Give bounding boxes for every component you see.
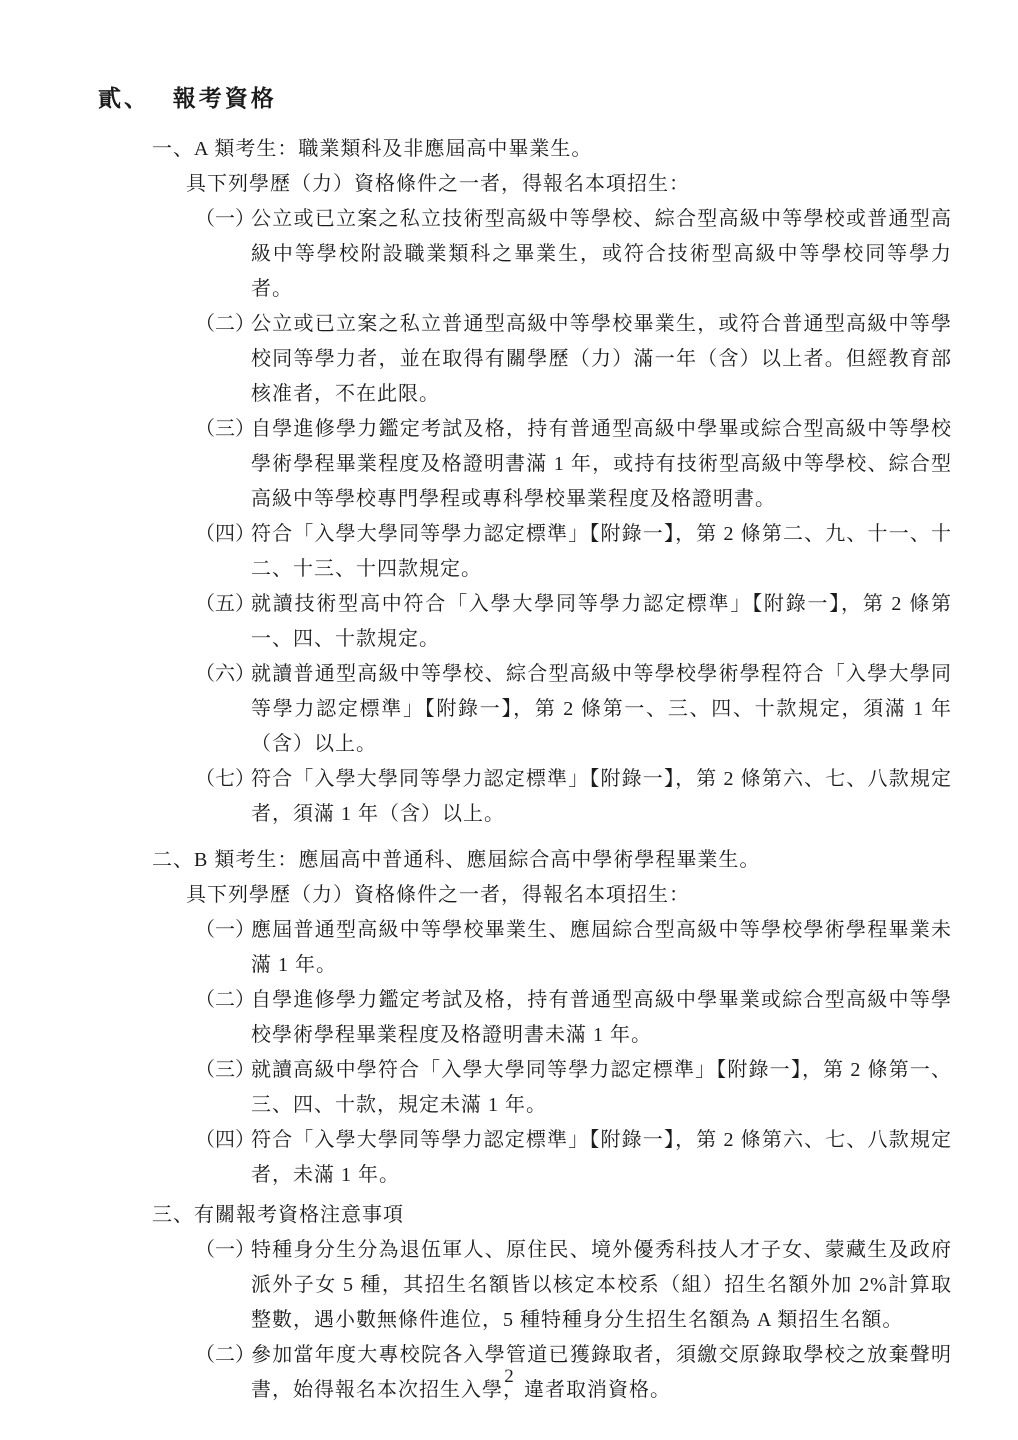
item-label: （六） — [195, 657, 251, 762]
item-label: （五） — [195, 587, 251, 657]
item-text: 自學進修學力鑑定考試及格，持有普通型高級中學畢或綜合型高級中等學校學術學程畢業程… — [251, 412, 952, 517]
list-item: （七） 符合「入學大學同等學力認定標準」【附錄一】，第 2 條第六、七、八款規定… — [195, 762, 952, 832]
item-text: 就讀技術型高中符合「入學大學同等學力認定標準」【附錄一】，第 2 條第一、四、十… — [251, 587, 952, 657]
section-a-intro: 具下列學歷（力）資格條件之一者，得報名本項招生： — [186, 167, 952, 202]
item-text: 符合「入學大學同等學力認定標準」【附錄一】，第 2 條第六、七、八款規定者，未滿… — [251, 1123, 952, 1193]
list-item: （四） 符合「入學大學同等學力認定標準」【附錄一】，第 2 條第二、九、十一、十… — [195, 517, 952, 587]
section-a-title: 一、A 類考生：職業類科及非應屆高中畢業生。 — [152, 132, 952, 167]
item-text: 就讀普通型高級中等學校、綜合型高級中等學校學術學程符合「入學大學同等學力認定標準… — [251, 657, 952, 762]
list-item: （一） 特種身分生分為退伍軍人、原住民、境外優秀科技人才子女、蒙藏生及政府派外子… — [195, 1233, 952, 1338]
section-a-type-candidates: 一、A 類考生：職業類科及非應屆高中畢業生。 具下列學歷（力）資格條件之一者，得… — [98, 132, 952, 832]
section-b-intro: 具下列學歷（力）資格條件之一者，得報名本項招生： — [186, 878, 952, 913]
list-item: （一） 應屆普通型高級中等學校畢業生、應屆綜合型高級中等學校學術學程畢業未滿 1… — [195, 913, 952, 983]
document-page: 貳、 報考資格 一、A 類考生：職業類科及非應屆高中畢業生。 具下列學歷（力）資… — [0, 0, 1018, 1440]
list-item: （五） 就讀技術型高中符合「入學大學同等學力認定標準」【附錄一】，第 2 條第一… — [195, 587, 952, 657]
item-text: 符合「入學大學同等學力認定標準」【附錄一】，第 2 條第二、九、十一、十二、十三… — [251, 517, 952, 587]
section-b-title: 二、B 類考生：應屆高中普通科、應屆綜合高中學術學程畢業生。 — [152, 843, 952, 878]
item-label: （七） — [195, 762, 251, 832]
section-c-title: 三、有關報考資格注意事項 — [152, 1198, 952, 1233]
list-item: （二） 公立或已立案之私立普通型高級中等學校畢業生，或符合普通型高級中等學校同等… — [195, 307, 952, 412]
item-label: （三） — [195, 412, 251, 517]
item-label: （二） — [195, 983, 251, 1053]
item-label: （一） — [195, 202, 251, 307]
item-text: 符合「入學大學同等學力認定標準」【附錄一】，第 2 條第六、七、八款規定者，須滿… — [251, 762, 952, 832]
item-text: 自學進修學力鑑定考試及格，持有普通型高級中學畢業或綜合型高級中等學校學術學程畢業… — [251, 983, 952, 1053]
item-text: 就讀高級中學符合「入學大學同等學力認定標準」【附錄一】，第 2 條第一、三、四、… — [251, 1053, 952, 1123]
item-text: 應屆普通型高級中等學校畢業生、應屆綜合型高級中等學校學術學程畢業未滿 1 年。 — [251, 913, 952, 983]
item-label: （一） — [195, 913, 251, 983]
list-item: （三） 就讀高級中學符合「入學大學同等學力認定標準」【附錄一】，第 2 條第一、… — [195, 1053, 952, 1123]
item-text: 特種身分生分為退伍軍人、原住民、境外優秀科技人才子女、蒙藏生及政府派外子女 5 … — [251, 1233, 952, 1338]
section-b-type-candidates: 二、B 類考生：應屆高中普通科、應屆綜合高中學術學程畢業生。 具下列學歷（力）資… — [98, 843, 952, 1193]
page-title: 貳、 報考資格 — [98, 84, 952, 114]
list-item: （一） 公立或已立案之私立技術型高級中等學校、綜合型高級中等學校或普通型高級中等… — [195, 202, 952, 307]
item-text: 公立或已立案之私立技術型高級中等學校、綜合型高級中等學校或普通型高級中等學校附設… — [251, 202, 952, 307]
page-number: 2 — [0, 1366, 1018, 1388]
list-item: （三） 自學進修學力鑑定考試及格，持有普通型高級中學畢或綜合型高級中等學校學術學… — [195, 412, 952, 517]
item-label: （二） — [195, 307, 251, 412]
item-label: （四） — [195, 1123, 251, 1193]
item-label: （四） — [195, 517, 251, 587]
item-label: （一） — [195, 1233, 251, 1338]
list-item: （二） 自學進修學力鑑定考試及格，持有普通型高級中學畢業或綜合型高級中等學校學術… — [195, 983, 952, 1053]
list-item: （六） 就讀普通型高級中等學校、綜合型高級中等學校學術學程符合「入學大學同等學力… — [195, 657, 952, 762]
item-label: （三） — [195, 1053, 251, 1123]
list-item: （四） 符合「入學大學同等學力認定標準」【附錄一】，第 2 條第六、七、八款規定… — [195, 1123, 952, 1193]
item-text: 公立或已立案之私立普通型高級中等學校畢業生，或符合普通型高級中等學校同等學力者，… — [251, 307, 952, 412]
